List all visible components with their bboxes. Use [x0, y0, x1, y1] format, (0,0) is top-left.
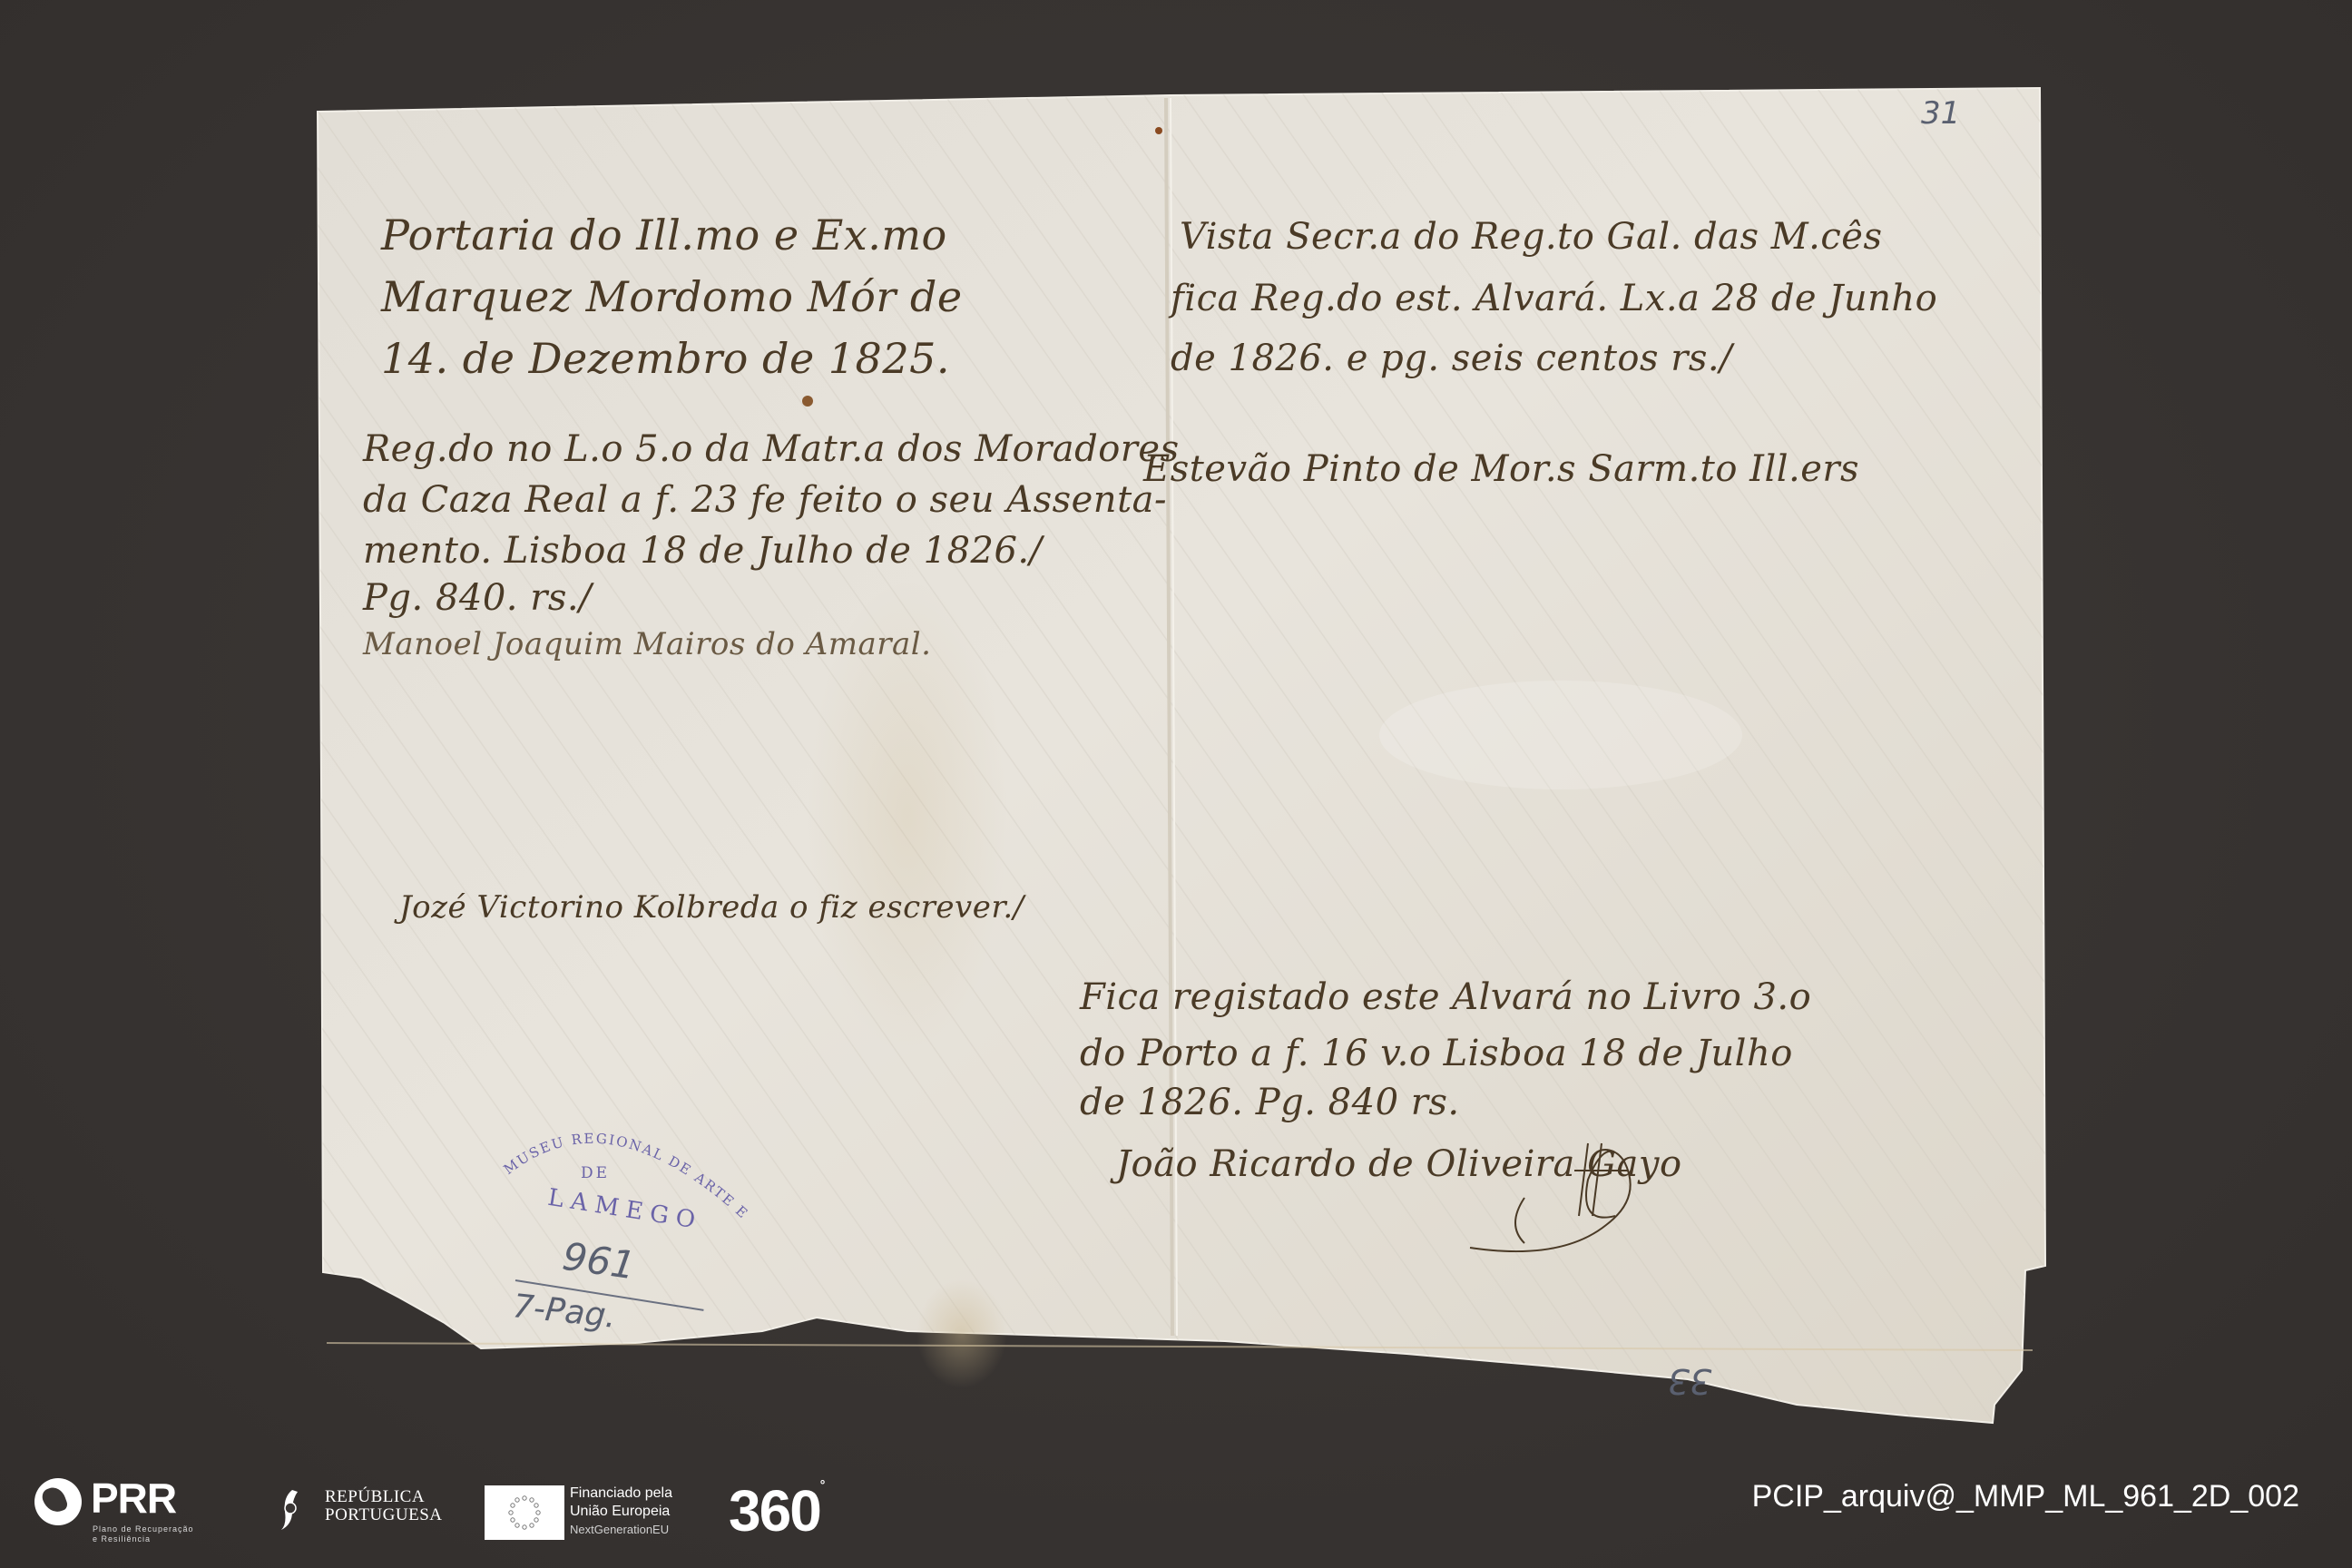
prr-logo-title: PRR [91, 1474, 176, 1523]
registration-line-2: da Caza Real a f. 23 fe feito o seu Asse… [363, 474, 1167, 526]
registration-line-4: Pg. 840. rs./ [363, 572, 592, 624]
registry-line-3: de 1826. Pg. 840 rs. [1080, 1076, 1460, 1129]
republica-line-2: PORTUGUESA [325, 1506, 442, 1524]
signature-manoel: Manoel Joaquim Mairos do Amaral. [363, 626, 931, 662]
registration-line-3: mento. Lisboa 18 de Julho de 1826./ [363, 524, 1043, 577]
left-heading-line-3: 14. de Dezembro de 1825. [381, 330, 950, 387]
eu-line-1: Financiado pela [570, 1485, 672, 1503]
registry-line-2: do Porto a f. 16 v.o Lisboa 18 de Julho [1080, 1027, 1793, 1080]
eu-funding-text: Financiado pela União Europeia NextGener… [570, 1485, 672, 1539]
eu-line-3: NextGenerationEU [570, 1521, 672, 1539]
signature-jose-victorino: Jozé Victorino Kolbreda o fiz escrever./ [399, 889, 1024, 926]
logo-360-text: 360 [729, 1478, 820, 1543]
republica-line-1: REPÚBLICA [325, 1488, 442, 1506]
right-heading-line-2: fica Reg.do est. Alvará. Lx.a 28 de Junh… [1171, 272, 1937, 325]
logo-360: 360° [729, 1477, 823, 1544]
stamp-de: DE [581, 1164, 610, 1182]
left-heading-line-1: Portaria do Ill.mo e Ex.mo [381, 207, 947, 263]
prr-logo-subtitle: Plano de Recuperação e Resiliência [93, 1524, 194, 1544]
left-heading-line-2: Marquez Mordomo Mór de [381, 269, 963, 325]
file-identifier: PCIP_arquiv@_MMP_ML_961_2D_002 [1752, 1479, 2299, 1514]
eu-line-2: União Europeia [570, 1503, 672, 1521]
registry-line-1: Fica registado este Alvará no Livro 3.o [1080, 971, 1811, 1024]
document-sheet: Portaria do Ill.mo e Ex.mo Marquez Mordo… [0, 0, 2352, 1568]
right-heading-line-1: Vista Secr.a do Reg.to Gal. das M.cês [1180, 211, 1883, 263]
eu-flag-icon [485, 1485, 564, 1540]
folio-number-bottom: 33 [1668, 1361, 1711, 1401]
right-heading-line-3: de 1826. e pg. seis centos rs./ [1171, 332, 1732, 385]
archive-viewer: Portaria do Ill.mo e Ex.mo Marquez Mordo… [0, 0, 2352, 1568]
paper-shape [0, 0, 2352, 1568]
folio-number-top: 31 [1921, 95, 1960, 132]
republica-portuguesa-text: REPÚBLICA PORTUGUESA [325, 1488, 442, 1524]
registration-line-1: Reg.do no L.o 5.o da Matr.a dos Moradore… [363, 423, 1180, 475]
signature-flourish [1452, 1125, 1688, 1252]
footer-bar: PRR Plano de Recuperação e Resiliência R… [0, 1452, 2352, 1543]
museum-stamp: MUSEU REGIONAL DE ARTE E ARQUEOLOGIA [490, 1112, 762, 1257]
republica-portuguesa-icon [279, 1488, 299, 1532]
prr-subtitle-line-2: e Resiliência [93, 1534, 194, 1544]
prr-logo-icon [34, 1478, 82, 1525]
signature-estevao: Estevão Pinto de Mor.s Sarm.to Ill.ers [1143, 443, 1859, 495]
prr-subtitle-line-1: Plano de Recuperação [93, 1524, 194, 1534]
